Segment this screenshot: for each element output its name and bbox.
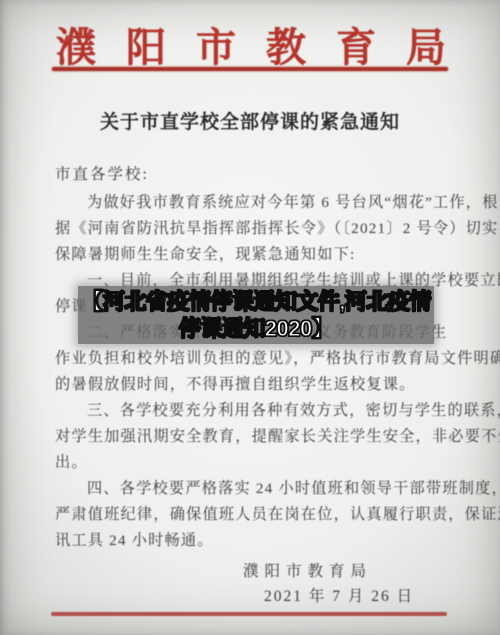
body-line: 三、各学校要充分利用各种有效方式，密切与学生的联系， (55, 398, 450, 424)
footer-red-rule (51, 612, 447, 616)
watermark-overlay: 【河北省疫情停课通知文件,河北疫情 停课通知2020】 (78, 286, 434, 344)
header-red-rule (52, 67, 448, 71)
body-line: 保障暑期师生生命安全，现紧急通知如下: (55, 242, 450, 268)
document-title: 关于市直学校全部停课的紧急通知 (0, 107, 500, 134)
agency-header: 濮阳市教育局 (50, 16, 450, 66)
signature-date: 2021 年 7 月 26 日 (264, 584, 414, 606)
body-text: 为做好我市教育系统应对今年第 6 号台风“烟花”工作，根 据《河南省防汛抗旱指挥… (55, 190, 450, 554)
body-line: 为做好我市教育系统应对今年第 6 号台风“烟花”工作，根 (55, 190, 450, 216)
body-line: 出。 (55, 450, 450, 476)
body-line: 讯工具 24 小时畅通。 (55, 528, 450, 554)
body-line: 作业负担和校外培训负担的意见》，严格执行市教育局文件明确 (55, 346, 450, 372)
body-line: 严肃值班纪律，确保值班人员在岗在位，认真履行职责，保证通 (55, 502, 450, 528)
body-line: 据《河南省防汛抗旱指挥部指挥长令》（〔2021〕2 号令）切实 (55, 216, 450, 242)
body-line: 的暑假放假时间，不得再擅自组织学生返校复课。 (55, 372, 450, 398)
watermark-line-2: 停课通知2020】 (179, 315, 333, 342)
body-line: 对学生加强汛期安全教育，提醒家长关注学生安全，非必要不外 (55, 424, 450, 450)
scanned-notice-page: 濮阳市教育局 关于市直学校全部停课的紧急通知 市直各学校: 为做好我市教育系统应… (0, 0, 500, 635)
signature-org: 濮阳市教育局 (243, 559, 372, 581)
salutation: 市直各学校: (55, 162, 149, 184)
body-line: 四、各学校要严格落实 24 小时值班和领导干部带班制度， (55, 476, 450, 502)
watermark-line-1: 【河北省疫情停课通知文件,河北疫情 (81, 288, 431, 315)
